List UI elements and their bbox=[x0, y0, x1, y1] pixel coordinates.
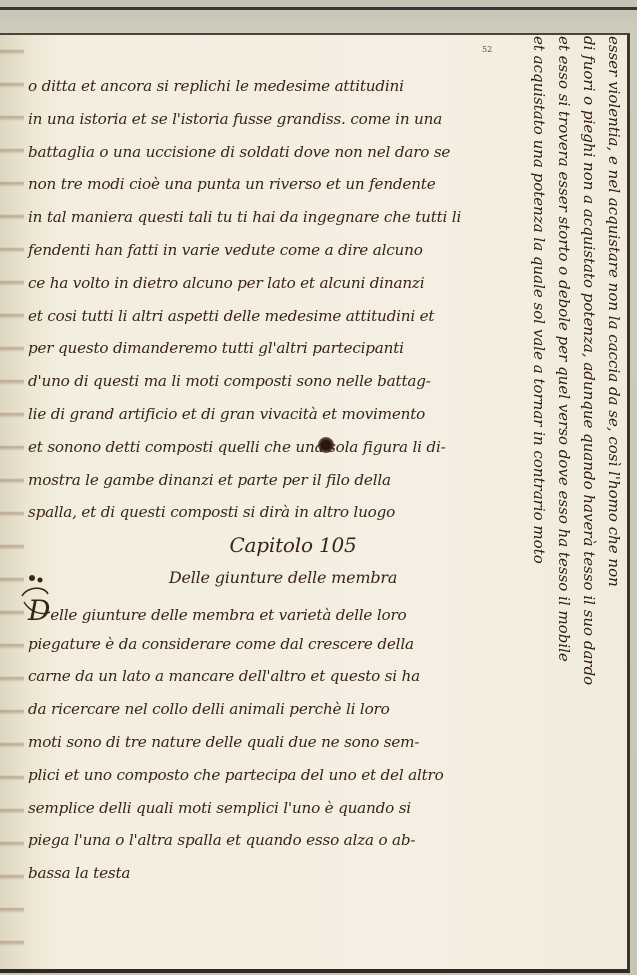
text-line: battaglia o una uccisione di soldati dov… bbox=[28, 136, 518, 169]
binding-bleed-through bbox=[0, 35, 24, 969]
text-line: bassa la testa bbox=[28, 857, 518, 890]
text-line: d'uno di questi ma li moti composti sono… bbox=[28, 365, 518, 398]
text-line: semplice delli quali moti semplici l'uno… bbox=[28, 792, 518, 825]
dropcap-flourish-icon bbox=[20, 572, 52, 620]
page-number: 52 bbox=[482, 45, 492, 54]
top-rule-line bbox=[0, 7, 637, 10]
text-line: lie di grand artificio et di gran vivaci… bbox=[28, 398, 518, 431]
text-line: piega l'una o l'altra spalla et quando e… bbox=[28, 824, 518, 857]
text-line: da ricercare nel collo delli animali per… bbox=[28, 693, 518, 726]
text-line: mostra le gambe dinanzi et parte per il … bbox=[28, 464, 518, 497]
text-line: in una istoria et se l'istoria fusse gra… bbox=[28, 103, 518, 136]
ink-blot bbox=[318, 437, 334, 453]
margin-line: et esso si trovera esser storto o debole… bbox=[551, 30, 576, 960]
text-line: plici et uno composto che partecipa del … bbox=[28, 759, 518, 792]
text-line: piegature è da considerare come dal cres… bbox=[28, 628, 518, 661]
margin-note: esser violentia, e nel acquistare non la… bbox=[526, 30, 626, 960]
text-line: per questo dimanderemo tutti gl'altri pa… bbox=[28, 332, 518, 365]
text-line: in tal maniera questi tali tu ti hai da … bbox=[28, 201, 518, 234]
margin-line: esser violentia, e nel acquistare non la… bbox=[601, 30, 626, 960]
chapter-heading: Capitolo 105 bbox=[28, 529, 518, 562]
section-title: Delle giunture delle membra bbox=[28, 562, 518, 595]
text-line: et sonono detti composti quelli che una … bbox=[28, 431, 518, 464]
text-line: ce ha volto in dietro alcuno per lato et… bbox=[28, 267, 518, 300]
text-line: fendenti han fatti in varie vedute come … bbox=[28, 234, 518, 267]
text-line: spalla, et di questi composti si dirà in… bbox=[28, 496, 518, 529]
text-line: carne da un lato a mancare dell'altro et… bbox=[28, 660, 518, 693]
main-text-block: o ditta et ancora si replichi le medesim… bbox=[28, 70, 518, 890]
margin-line: di fuori o pieghi non a acquistato poten… bbox=[576, 30, 601, 960]
text-line: o ditta et ancora si replichi le medesim… bbox=[28, 70, 518, 103]
text-line: moti sono di tre nature delle quali due … bbox=[28, 726, 518, 759]
text-line: et cosi tutti li altri aspetti delle med… bbox=[28, 300, 518, 333]
text-line: Delle giunture delle membra et varietà d… bbox=[28, 595, 518, 628]
margin-line: et acquistato una potenza la quale sol v… bbox=[526, 30, 551, 960]
text-line: non tre modi cioè una punta un riverso e… bbox=[28, 168, 518, 201]
